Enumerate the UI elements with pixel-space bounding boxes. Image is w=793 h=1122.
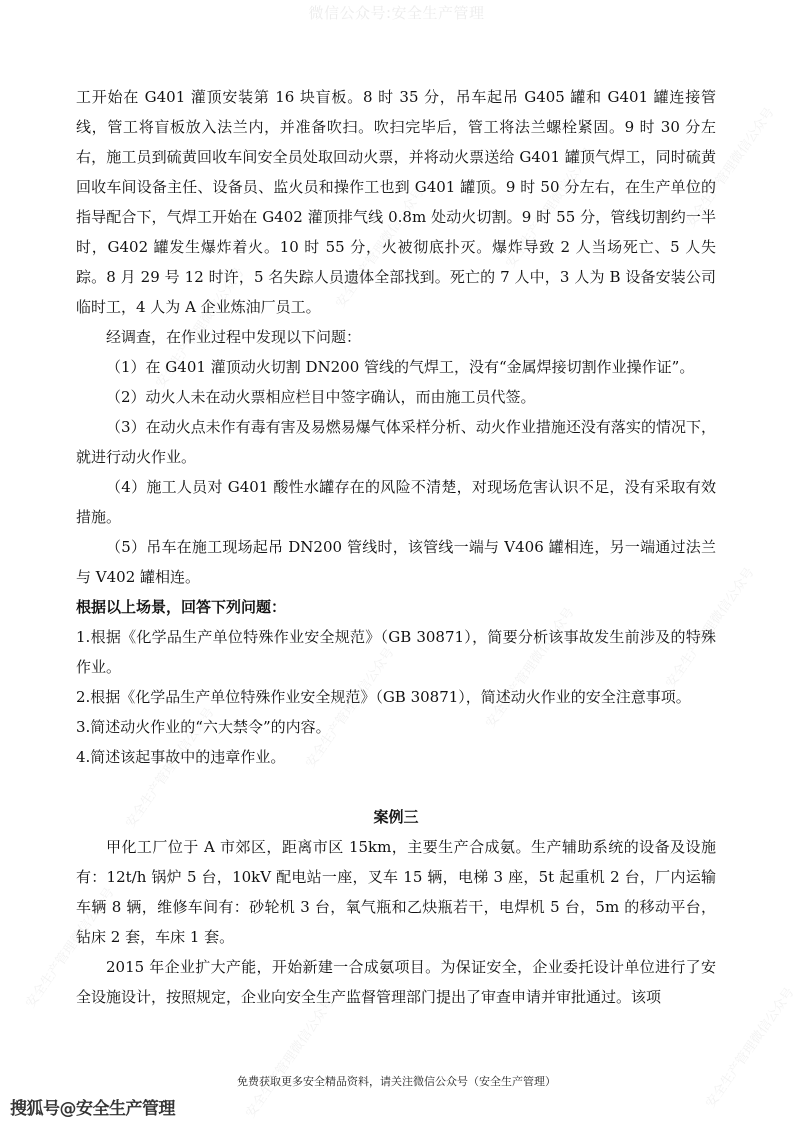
issue-item: （4）施工人员对 G401 酸性水罐存在的风险不清楚，对现场危害认识不足，没有采… xyxy=(76,472,716,532)
top-watermark: 微信公众号:安全生产管理 xyxy=(0,2,793,23)
case-paragraph: 2015 年企业扩大产能，开始新建一合成氨项目。为保证安全，企业委托设计单位进行… xyxy=(76,952,716,1012)
questions-heading: 根据以上场景，回答下列问题： xyxy=(76,592,716,622)
footer-note: 免费获取更多安全精品资料，请关注微信公众号（安全生产管理） xyxy=(0,1073,793,1089)
document-page: 工开始在 G401 灌顶安装第 16 块盲板。8 时 35 分，吊车起吊 G40… xyxy=(76,82,716,1012)
issue-item: （3）在动火点未作有毒有害及易燃易爆气体采样分析、动火作业措施还没有落实的情况下… xyxy=(76,412,716,472)
question-item: 2.根据《化学品生产单位特殊作业安全规范》（GB 30871），简述动火作业的安… xyxy=(76,682,716,712)
diagonal-watermark: 安全生产管理微信公众号 xyxy=(240,993,338,1121)
case-title: 案例三 xyxy=(76,802,716,832)
question-item: 4.简述该起事故中的违章作业。 xyxy=(76,742,716,772)
issue-item: （1）在 G401 灌顶动火切割 DN200 管线的气焊工，没有“金属焊接切割作… xyxy=(76,352,716,382)
question-item: 1.根据《化学品生产单位特殊作业安全规范》（GB 30871），简要分析该事故发… xyxy=(76,622,716,682)
issue-item: （5）吊车在施工现场起吊 DN200 管线时，该管线一端与 V406 罐相连，另… xyxy=(76,532,716,592)
investigation-intro: 经调查，在作业过程中发现以下问题： xyxy=(76,322,716,352)
sohu-watermark: 搜狐号@安全生产管理 xyxy=(10,1094,175,1119)
issue-item: （2）动火人未在动火票相应栏目中签字确认，而由施工员代签。 xyxy=(76,382,716,412)
incident-paragraph: 工开始在 G401 灌顶安装第 16 块盲板。8 时 35 分，吊车起吊 G40… xyxy=(76,82,716,322)
question-item: 3.简述动火作业的“六大禁令”的内容。 xyxy=(76,712,716,742)
case-paragraph: 甲化工厂位于 A 市郊区，距离市区 15km，主要生产合成氨。生产辅助系统的设备… xyxy=(76,832,716,952)
